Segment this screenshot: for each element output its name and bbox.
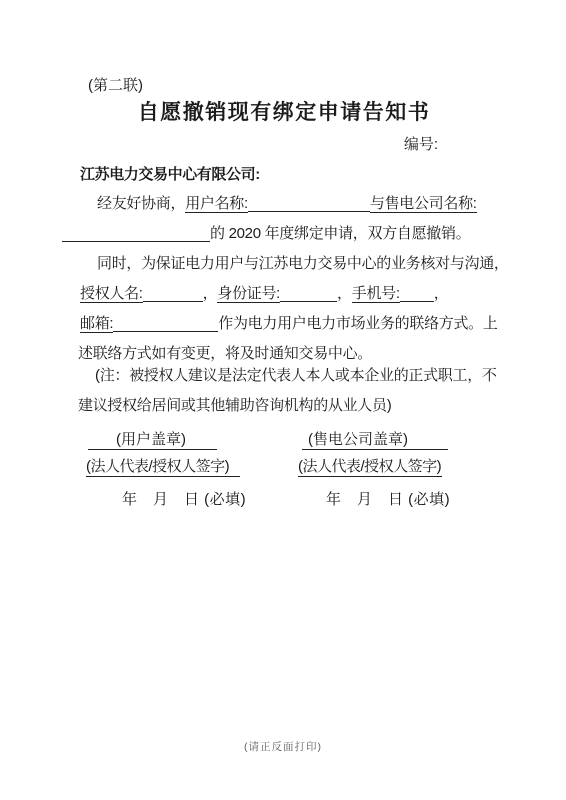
p1-lead-text: 经友好协商， xyxy=(80,195,185,212)
document-page: (第二联) 自愿撤销现有绑定申请告知书 编号: 江苏电力交易中心有限公司: 经友… xyxy=(0,0,566,800)
user-sign-line: (法人代表/授权人签字) xyxy=(86,457,240,477)
paragraph2-line3: 邮箱:作为电力用户电力市场业务的联络方式。上 xyxy=(80,314,498,334)
id-number-label: 身份证号: xyxy=(217,285,280,303)
phone-blank xyxy=(400,288,434,302)
p2-line1-text: 同时，为保证电力用户与江苏电力交易中心的业务核对与沟通， xyxy=(80,255,509,272)
auth-name-label: 授权人名: xyxy=(80,285,143,303)
user-date-line: 年 月 日 (必填) xyxy=(122,488,246,509)
auth-name-blank xyxy=(143,288,203,302)
seller-name-label: 与售电公司名称: xyxy=(370,195,477,213)
email-blank xyxy=(113,318,218,332)
email-label: 邮箱: xyxy=(80,315,113,333)
paragraph2-line2: 授权人名:，身份证号:，手机号:， xyxy=(80,284,448,304)
note-line2-text: 建议授权给居间或其他辅助咨询机构的从业人员) xyxy=(78,397,391,414)
doc-number-label: 编号: xyxy=(80,133,438,154)
comma: ， xyxy=(434,285,449,302)
phone-label: 手机号: xyxy=(352,285,400,303)
page-title: 自愿撤销现有绑定申请告知书 xyxy=(80,96,488,126)
paragraph2-line1: 同时，为保证电力用户与江苏电力交易中心的业务核对与沟通， xyxy=(80,254,509,274)
comma: ， xyxy=(203,285,218,302)
copy-label: (第二联) xyxy=(88,74,143,95)
seller-name-blank xyxy=(62,228,210,242)
user-name-label: 用户名称: xyxy=(185,195,248,213)
id-number-blank xyxy=(280,288,337,302)
print-instruction-footer: (请正反面打印) xyxy=(0,739,566,754)
user-stamp-line: (用户盖章) xyxy=(88,430,217,450)
seller-date-line: 年 月 日 (必填) xyxy=(326,488,450,509)
seller-stamp-line: (售电公司盖章) xyxy=(302,430,448,450)
p1-line2-text: 的 2020 年度绑定申请，双方自愿撤销。 xyxy=(210,225,470,242)
paragraph1-line2: 的 2020 年度绑定申请，双方自愿撤销。 xyxy=(80,224,470,244)
p2-line3-text: 作为电力用户电力市场业务的联络方式。上 xyxy=(218,315,497,332)
user-name-blank xyxy=(248,198,370,212)
note-line2: 建议授权给居间或其他辅助咨询机构的从业人员) xyxy=(78,396,391,416)
p2-line4-text: 述联络方式如有变更，将及时通知交易中心。 xyxy=(78,345,372,362)
seller-sign-line: (法人代表/授权人签字) xyxy=(298,457,442,477)
note-line1-text: (注：被授权人建议是法定代表人本人或本企业的正式职工，不 xyxy=(80,367,497,384)
paragraph2-line4: 述联络方式如有变更，将及时通知交易中心。 xyxy=(78,344,372,364)
salutation: 江苏电力交易中心有限公司: xyxy=(80,163,260,184)
comma: ， xyxy=(337,285,352,302)
paragraph1-line1: 经友好协商，用户名称:与售电公司名称: xyxy=(80,194,477,214)
note-line1: (注：被授权人建议是法定代表人本人或本企业的正式职工，不 xyxy=(80,366,497,386)
